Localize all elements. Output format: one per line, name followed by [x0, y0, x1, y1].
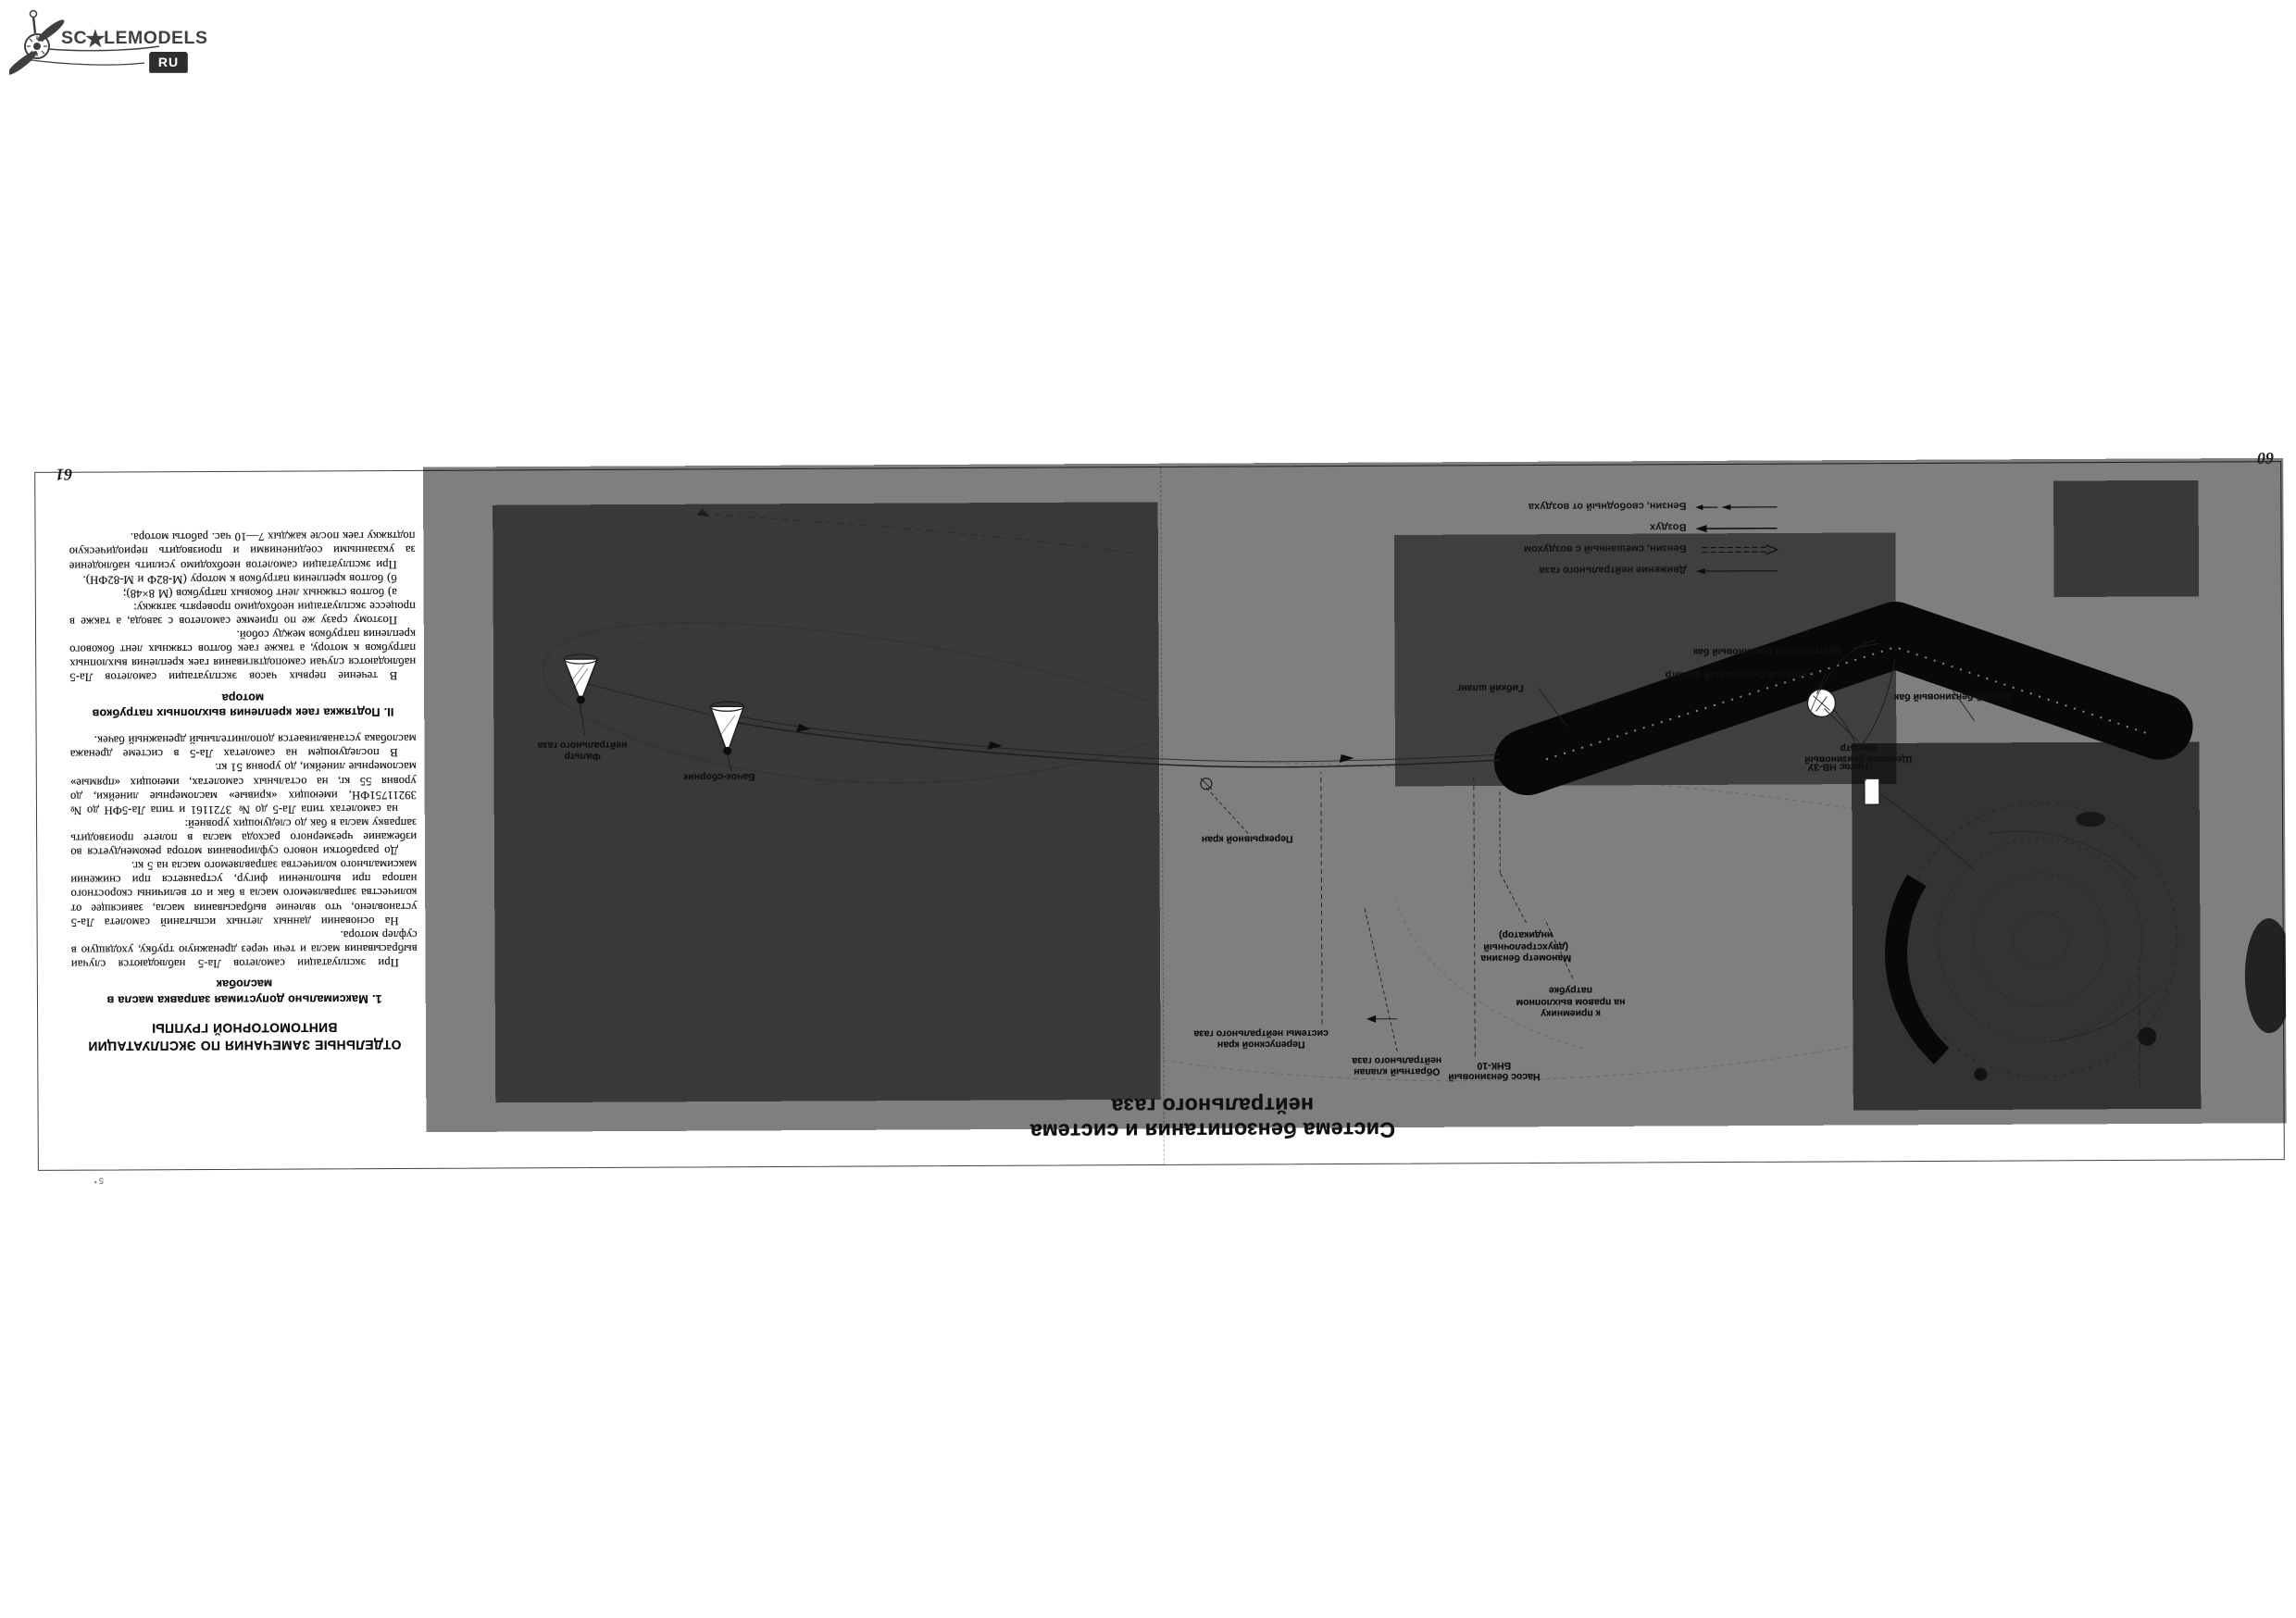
section-title: II. Подтяжка гаек крепления выхлопных па… — [90, 689, 395, 720]
figure-legend: Движение нейтрального газаБензин, смешан… — [1482, 495, 1778, 582]
section-paragraph: Поэтому сразу же по приемке самолетов с … — [69, 599, 416, 629]
legend-label: Воздух — [1650, 522, 1687, 533]
scalemodels-logo: SC★LEMODELS RU — [9, 6, 204, 80]
callout-central-tank: Центральный бензиновый бак — [1684, 645, 1851, 657]
legend-row-fuel-no-air: Бензин, свободный от воздуха — [1482, 495, 1778, 518]
page-number-figure-page: 60 — [2257, 448, 2274, 467]
callout-collector-tank: Бачок-сборник — [668, 771, 770, 783]
callout-rear-tank: Задний бензиновый бак — [1892, 691, 2013, 703]
pump-nv-drawing — [1865, 778, 1879, 804]
section-paragraph: При эксплуатации самолетов необходимо ус… — [69, 529, 415, 572]
callout-bypass-valve: Перепускной кран системы нейтрального га… — [1182, 1027, 1340, 1051]
legend-label: Бензин, свободный от воздуха — [1529, 501, 1687, 513]
legend-label: Бензин, смешанный с воздухом — [1524, 543, 1687, 555]
callout-shutoff-valve: Перекрывной кран — [1196, 833, 1298, 845]
section-paragraph: а) болтов стяжных лент боковых патрубков… — [69, 585, 416, 601]
callout-neutral-filter: Фильтр нейтрального газа — [534, 739, 631, 762]
legend-row-air: Воздух — [1482, 517, 1778, 540]
legend-arrow-fuel-no-air-icon — [1693, 497, 1778, 514]
section-paragraph: В течение первых часов эксплуатации само… — [69, 627, 416, 684]
legend-label: Движение нейтрального газа — [1540, 565, 1687, 577]
section-paragraph: До разработки нового суфлирования мотора… — [70, 815, 417, 859]
callout-flex-hose: Гибкий шланг — [1446, 682, 1534, 694]
printers-signature-mark: 5* — [92, 1176, 104, 1186]
text-page-column: ОТДЕЛЬНЫЕ ЗАМЕЧАНИЯ ПО ЭКСПЛУАТАЦИИ ВИНТ… — [69, 529, 418, 1054]
section-paragraph: На основании данных летных испытаний сам… — [70, 857, 417, 928]
legend-arrow-fuel-air-mix-icon — [1694, 540, 1779, 556]
callout-mesh-filter: Сетчатый бензиновый фильтр — [1656, 668, 1823, 680]
legend-row-neutral-gas-flow: Движение нейтрального газа — [1483, 559, 1779, 582]
star-icon: ★ — [85, 27, 106, 52]
callout-pump-nv: Насос НВ-3У — [1794, 761, 1882, 773]
logo-wordmark: SC★LEMODELS — [61, 26, 207, 53]
logo-ru-badge: RU — [150, 52, 187, 72]
chapter-sections: 1. Максимально допустимая заправка масла… — [69, 529, 418, 1007]
section-title: 1. Максимально допустимая заправка масла… — [92, 976, 397, 1007]
book-spread: Система бензопитания и система нейтральн… — [32, 439, 2287, 1186]
section-paragraph: на самолетах типа Ла-5 до № 3721161 и ти… — [70, 759, 417, 816]
section-paragraph: При эксплуатации самолетов Ла-5 наблюдаю… — [71, 927, 418, 971]
section-paragraph: В последующем на самолетах Ла-5 в систем… — [70, 731, 417, 761]
callout-pump-bnk: Насос бензиновый БНК-10 — [1431, 1059, 1556, 1082]
legend-arrow-air-icon — [1693, 518, 1778, 535]
page-number-text-page: 61 — [56, 465, 72, 484]
callout-fuel-gauge: Манометр бензина (двухстрелочный индикат… — [1478, 929, 1575, 965]
section-paragraph: б) болтов крепления патрубков к мотору (… — [69, 571, 416, 587]
legend-arrow-neutral-gas-flow-icon — [1694, 561, 1779, 578]
figure-caption: Система бензопитания и система нейтральн… — [999, 1092, 1425, 1144]
legend-row-fuel-air-mix: Бензин, смешанный с воздухом — [1483, 538, 1779, 561]
chapter-heading: ОТДЕЛЬНЫЕ ЗАМЕЧАНИЯ ПО ЭКСПЛУАТАЦИИ ВИНТ… — [71, 1018, 418, 1054]
scan-noise — [459, 471, 2258, 1118]
callout-exhaust-intake: к приемнику на правом выхлопном патрубке — [1508, 984, 1633, 1019]
